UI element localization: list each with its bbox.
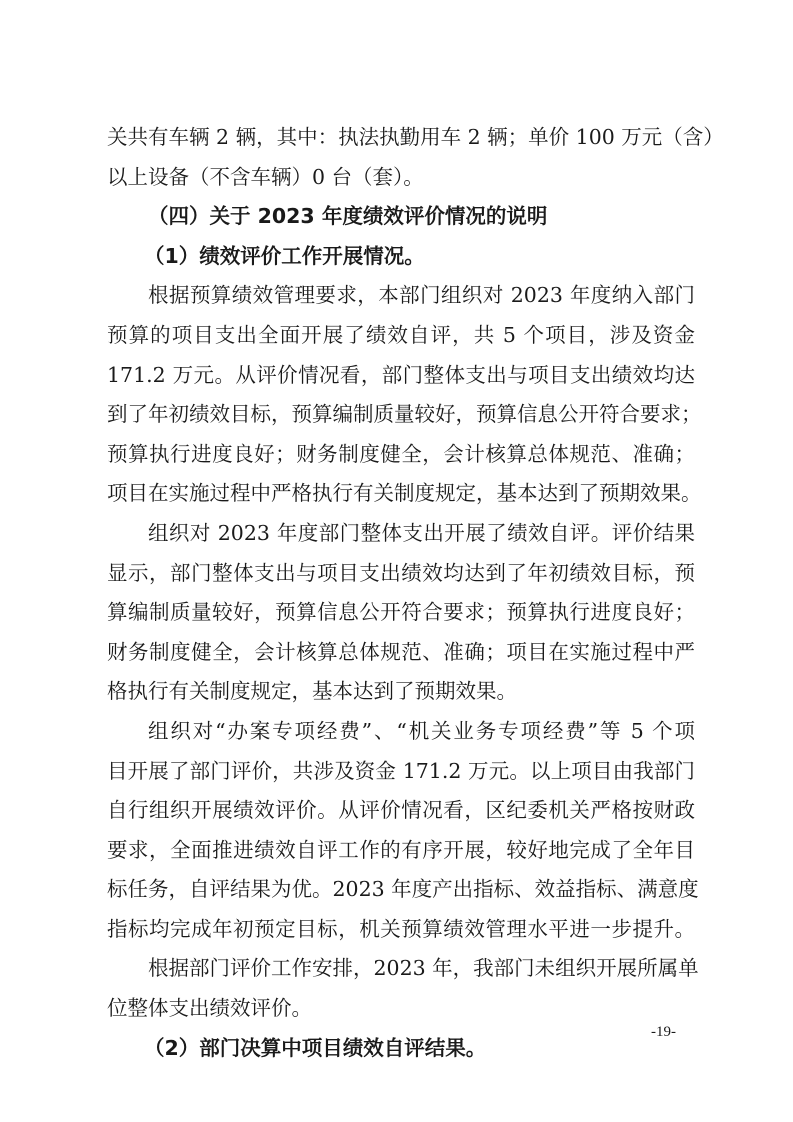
body-line: 标任务，自评结果为优。2023 年度产出指标、效益指标、满意度 (107, 870, 695, 910)
body-line: 关共有车辆 2 辆，其中：执法执勤用车 2 辆；单价 100 万元（含） (107, 118, 695, 158)
paragraph-first-line: 组织对“办案专项经费”、“机关业务专项经费”等 5 个项 (107, 712, 695, 752)
body-line: 项目在实施过程中严格执行有关制度规定，基本达到了预期效果。 (107, 474, 695, 514)
paragraph-first-line: 组织对 2023 年度部门整体支出开展了绩效自评。评价结果 (107, 514, 695, 554)
paragraph-first-line: 根据预算绩效管理要求，本部门组织对 2023 年度纳入部门 (107, 276, 695, 316)
document-page: 关共有车辆 2 辆，其中：执法执勤用车 2 辆；单价 100 万元（含） 以上设… (107, 118, 695, 1068)
body-line: 目开展了部门评价，共涉及资金 171.2 万元。以上项目由我部门 (107, 752, 695, 792)
body-line: 要求，全面推进绩效自评工作的有序开展，较好地完成了全年目 (107, 831, 695, 871)
subsection-heading: （1）绩效评价工作开展情况。 (107, 237, 695, 277)
page-number: -19- (651, 1024, 676, 1041)
body-line: 财务制度健全，会计核算总体规范、准确；项目在实施过程中严 (107, 633, 695, 673)
body-line: 预算执行进度良好；财务制度健全，会计核算总体规范、准确； (107, 435, 695, 475)
body-line: 格执行有关制度规定，基本达到了预期效果。 (107, 672, 695, 712)
body-line: 171.2 万元。从评价情况看，部门整体支出与项目支出绩效均达 (107, 356, 695, 396)
body-line: 以上设备（不含车辆）0 台（套）。 (107, 158, 695, 198)
section-heading: （四）关于 2023 年度绩效评价情况的说明 (107, 197, 695, 237)
body-line: 到了年初绩效目标，预算编制质量较好，预算信息公开符合要求； (107, 395, 695, 435)
body-line: 预算的项目支出全面开展了绩效自评，共 5 个项目，涉及资金 (107, 316, 695, 356)
body-line: 显示，部门整体支出与项目支出绩效均达到了年初绩效目标，预 (107, 554, 695, 594)
subsection-heading: （2）部门决算中项目绩效自评结果。 (107, 1029, 695, 1069)
body-line: 指标均完成年初预定目标，机关预算绩效管理水平进一步提升。 (107, 910, 695, 950)
body-line: 自行组织开展绩效评价。从评价情况看，区纪委机关严格按财政 (107, 791, 695, 831)
body-line: 算编制质量较好，预算信息公开符合要求；预算执行进度良好； (107, 593, 695, 633)
paragraph-first-line: 根据部门评价工作安排，2023 年，我部门未组织开展所属单 (107, 949, 695, 989)
body-line: 位整体支出绩效评价。 (107, 989, 695, 1029)
